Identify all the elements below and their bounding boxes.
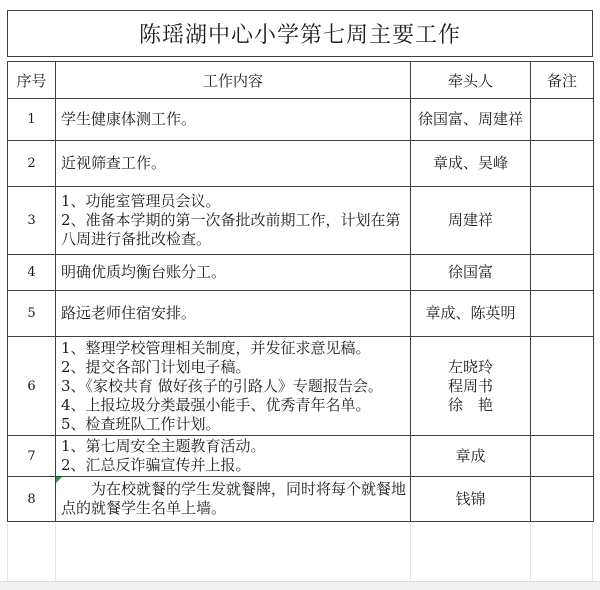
content-line: 4、上报垃圾分类最强小能手、优秀青年名单。 — [61, 396, 408, 415]
header-row: 序号 工作内容 牵头人 备注 — [8, 62, 594, 99]
leader-cell: 章成、吴峰 — [411, 141, 531, 187]
content-line: 2、汇总反诈骗宣传并上报。 — [61, 456, 408, 475]
work-content-cell: 1、功能室管理员会议。 2、准备本学期的第一次备批改前期工作，计划在第八周进行备… — [56, 187, 411, 255]
row-number-cell: 1 — [8, 99, 56, 141]
table-row: 5 路远老师住宿安排。 章成、陈英明 — [8, 291, 594, 337]
content-line: 2、提交各部门计划电子稿。 — [61, 358, 408, 377]
remark-cell — [531, 477, 594, 522]
work-content-cell: 路远老师住宿安排。 — [56, 291, 411, 337]
leader-line: 徐 艳 — [414, 396, 527, 415]
work-content-cell: 近视筛查工作。 — [56, 141, 411, 187]
leader-line: 章成、陈英明 — [414, 304, 527, 323]
ghost-gridline-vertical — [530, 524, 531, 581]
content-line: 明确优质均衡台账分工。 — [61, 263, 408, 282]
bottom-edge-strip — [0, 582, 600, 590]
row-number-cell: 3 — [8, 187, 56, 255]
content-line: 1、整理学校管理相关制度，并发征求意见稿。 — [61, 339, 408, 358]
content-line: 学生健康体测工作。 — [61, 110, 408, 129]
ghost-gridline-vertical — [410, 524, 411, 581]
table-row: 4 明确优质均衡台账分工。 徐国富 — [8, 255, 594, 291]
remark-cell — [531, 187, 594, 255]
content-line: 路远老师住宿安排。 — [61, 304, 408, 323]
remark-cell — [531, 436, 594, 477]
document-title: 陈瑶湖中心小学第七周主要工作 — [7, 10, 593, 57]
ghost-gridline-vertical — [7, 524, 8, 581]
remark-cell — [531, 99, 594, 141]
leader-cell: 徐国富 — [411, 255, 531, 291]
content-line: 为在校就餐的学生发就餐牌，同时将每个就餐地点的就餐学生名单上墙。 — [61, 480, 408, 518]
ghost-gridline-vertical — [55, 524, 56, 581]
row-number-cell: 4 — [8, 255, 56, 291]
work-content-cell: 为在校就餐的学生发就餐牌，同时将每个就餐地点的就餐学生名单上墙。 — [56, 477, 411, 522]
table-row: 6 1、整理学校管理相关制度，并发征求意见稿。 2、提交各部门计划电子稿。 3、… — [8, 337, 594, 436]
table-row: 8 为在校就餐的学生发就餐牌，同时将每个就餐地点的就餐学生名单上墙。 钱锦 — [8, 477, 594, 522]
leader-cell: 章成、陈英明 — [411, 291, 531, 337]
work-content-cell: 明确优质均衡台账分工。 — [56, 255, 411, 291]
remark-cell — [531, 141, 594, 187]
column-header-remark: 备注 — [531, 62, 594, 99]
leader-cell: 徐国富、周建祥 — [411, 99, 531, 141]
table-row: 2 近视筛查工作。 章成、吴峰 — [8, 141, 594, 187]
leader-line: 章成、吴峰 — [414, 154, 527, 173]
remark-cell — [531, 337, 594, 436]
leader-line: 钱锦 — [414, 490, 527, 509]
table-row: 7 1、第七周安全主题教育活动。 2、汇总反诈骗宣传并上报。 章成 — [8, 436, 594, 477]
table-row: 3 1、功能室管理员会议。 2、准备本学期的第一次备批改前期工作，计划在第八周进… — [8, 187, 594, 255]
row-number-cell: 8 — [8, 477, 56, 522]
work-content-cell: 1、整理学校管理相关制度，并发征求意见稿。 2、提交各部门计划电子稿。 3、《家… — [56, 337, 411, 436]
leader-cell: 章成 — [411, 436, 531, 477]
leader-cell: 左晓玲 程周书 徐 艳 — [411, 337, 531, 436]
remark-cell — [531, 291, 594, 337]
spreadsheet-page: 陈瑶湖中心小学第七周主要工作 序号 工作内容 牵头人 备注 1 学生健康体测工作… — [0, 0, 600, 590]
work-table: 序号 工作内容 牵头人 备注 1 学生健康体测工作。 徐国富、周建祥 2 近 — [7, 61, 594, 522]
row-number-cell: 6 — [8, 337, 56, 436]
leader-line: 程周书 — [414, 377, 527, 396]
work-content-cell: 学生健康体测工作。 — [56, 99, 411, 141]
content-line: 近视筛查工作。 — [61, 154, 408, 173]
content-line: 2、准备本学期的第一次备批改前期工作，计划在第八周进行备批改检查。 — [61, 211, 408, 249]
remark-cell — [531, 255, 594, 291]
table-row: 1 学生健康体测工作。 徐国富、周建祥 — [8, 99, 594, 141]
content-line: 1、功能室管理员会议。 — [61, 192, 408, 211]
leader-line: 徐国富、周建祥 — [414, 110, 527, 129]
cell-comment-marker-icon — [56, 477, 62, 483]
leader-line: 周建祥 — [414, 211, 527, 230]
leader-cell: 钱锦 — [411, 477, 531, 522]
leader-line: 章成 — [414, 447, 527, 466]
content-line: 5、检查班队工作计划。 — [61, 415, 408, 434]
row-number-cell: 5 — [8, 291, 56, 337]
column-header-content: 工作内容 — [56, 62, 411, 99]
column-header-seq: 序号 — [8, 62, 56, 99]
leader-cell: 周建祥 — [411, 187, 531, 255]
ghost-gridline-vertical — [592, 524, 593, 581]
work-content-cell: 1、第七周安全主题教育活动。 2、汇总反诈骗宣传并上报。 — [56, 436, 411, 477]
content-line: 3、《家校共育 做好孩子的引路人》专题报告会。 — [61, 377, 408, 396]
content-line: 1、第七周安全主题教育活动。 — [61, 437, 408, 456]
leader-line: 左晓玲 — [414, 358, 527, 377]
leader-line: 徐国富 — [414, 263, 527, 282]
row-number-cell: 7 — [8, 436, 56, 477]
row-number-cell: 2 — [8, 141, 56, 187]
column-header-leader: 牵头人 — [411, 62, 531, 99]
